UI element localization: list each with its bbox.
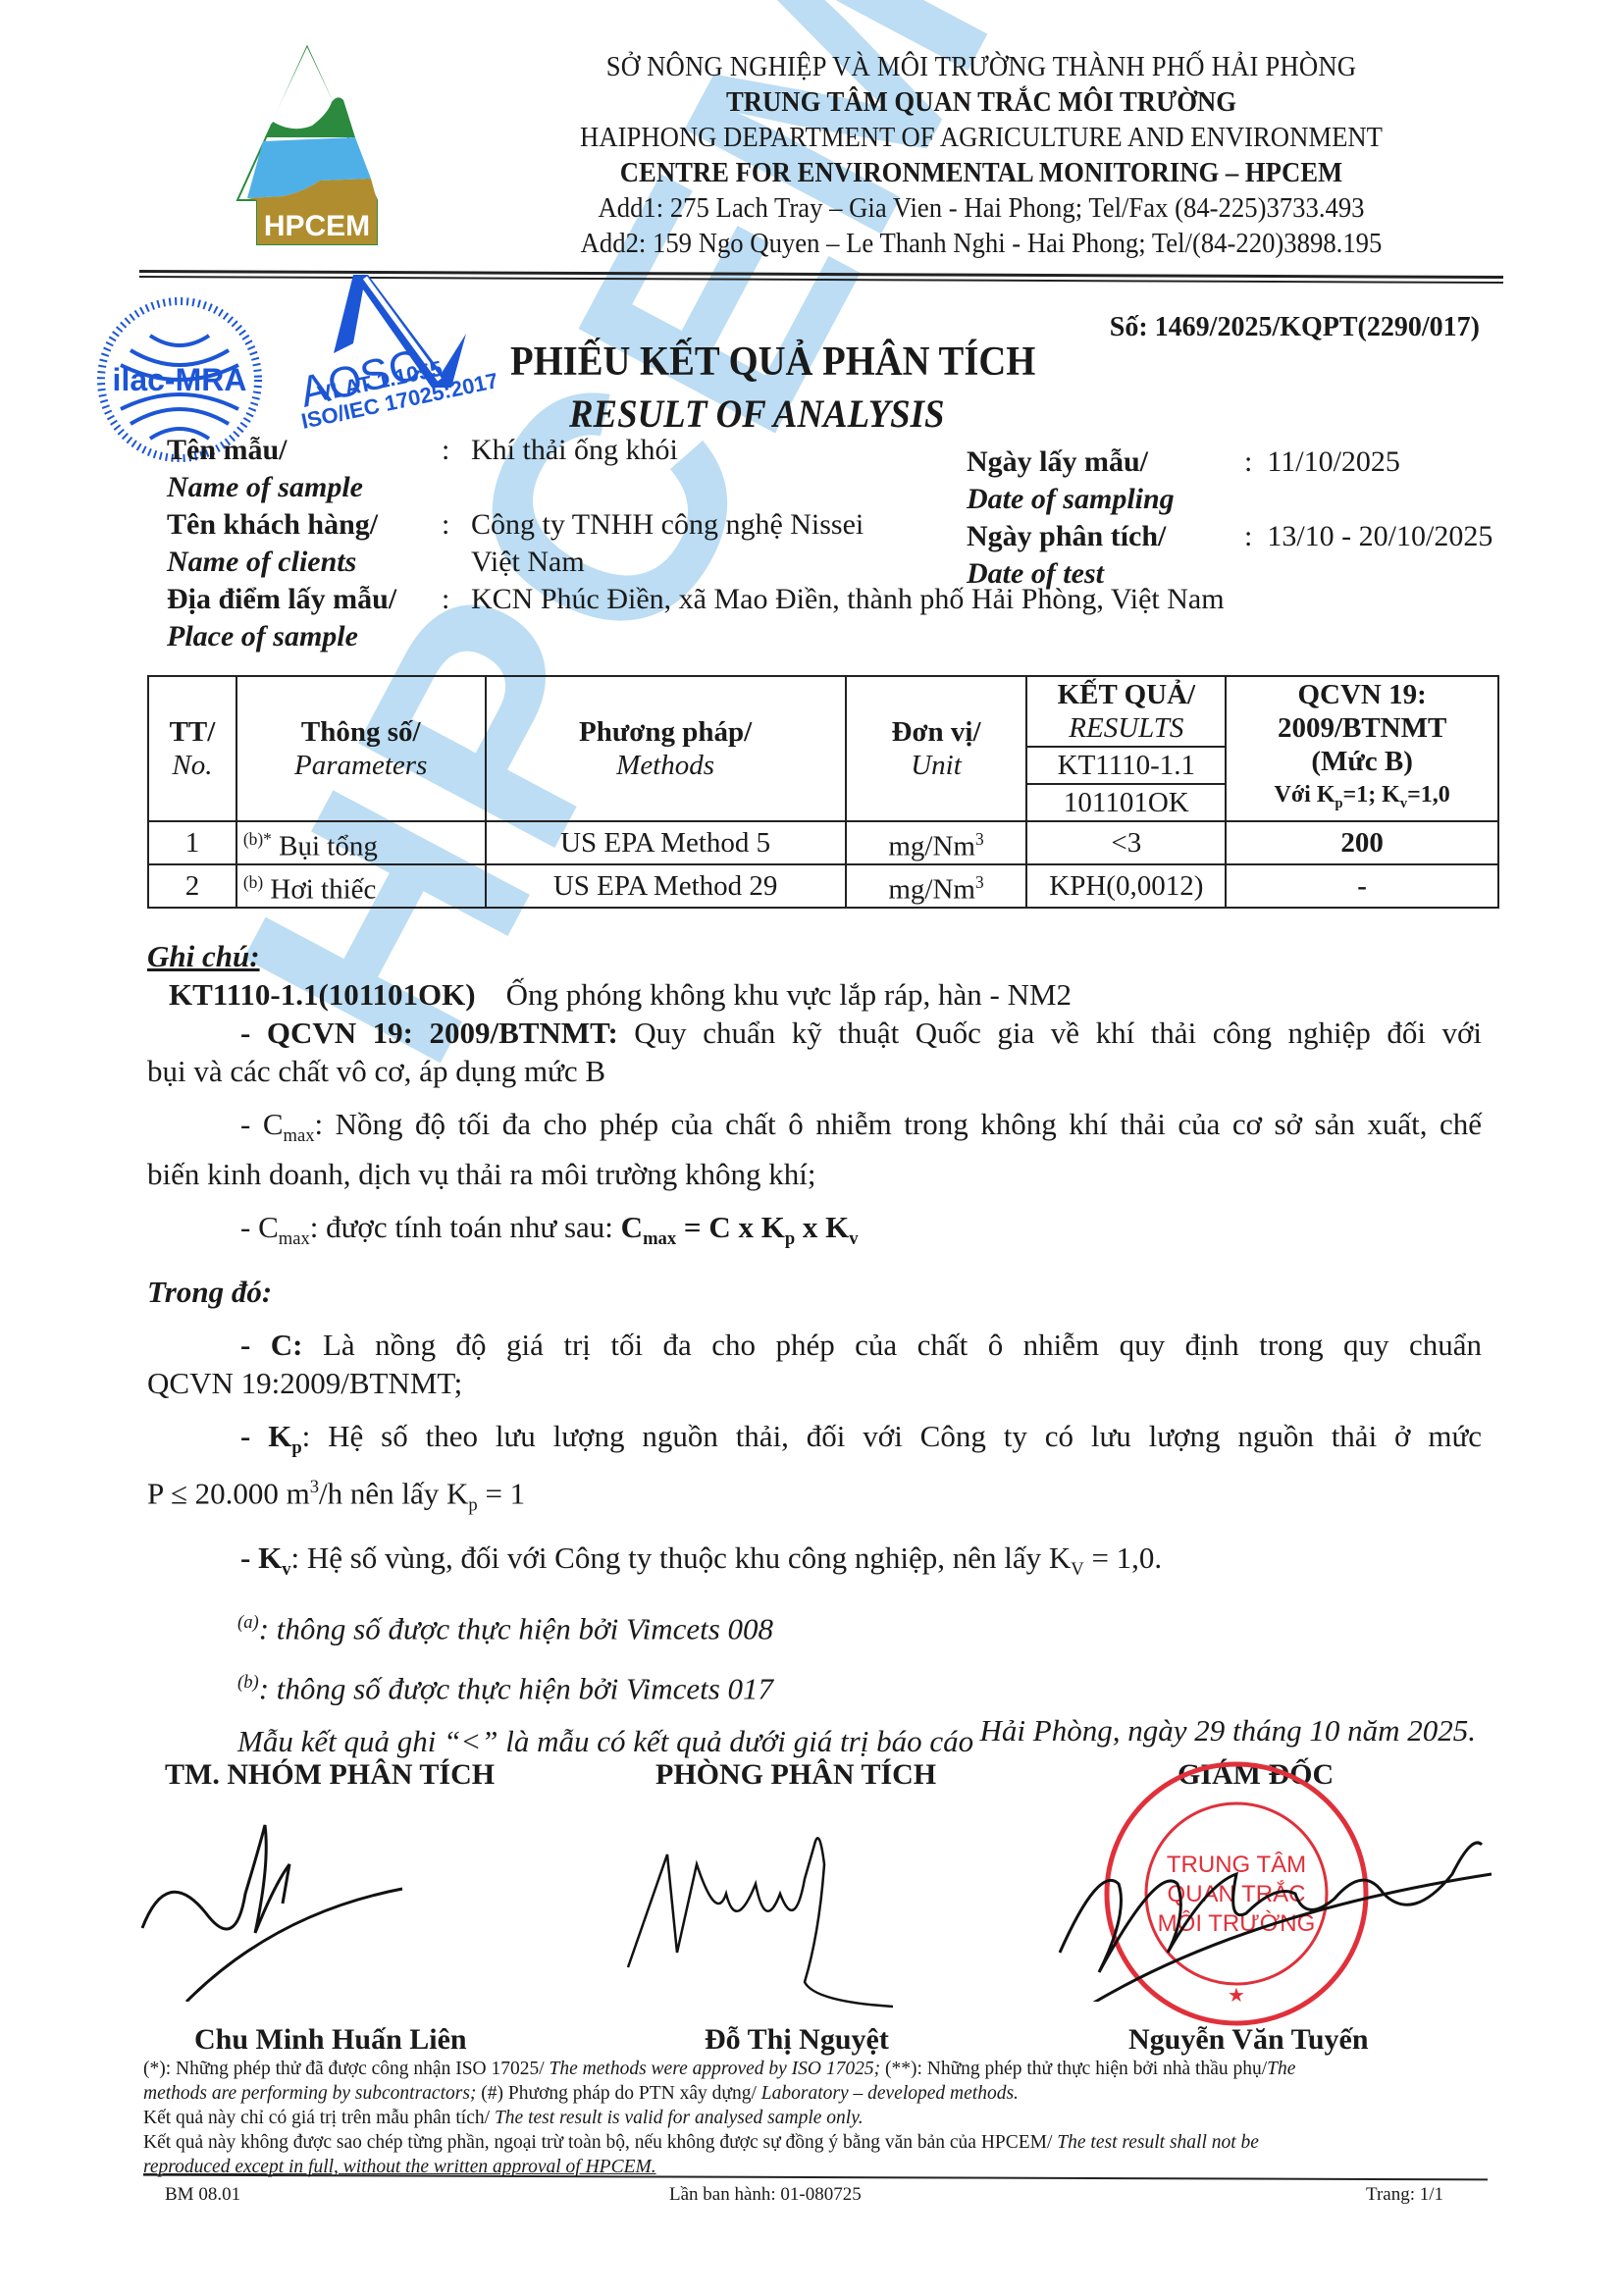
report-title-en: RESULT OF ANALYSIS bbox=[569, 391, 944, 437]
org-line-3: HAIPHONG DEPARTMENT OF AGRICULTURE AND E… bbox=[502, 120, 1459, 155]
report-title-vn: PHIẾU KẾT QUẢ PHÂN TÍCH bbox=[510, 339, 1035, 386]
form-code: BM 08.01 bbox=[165, 2184, 240, 2206]
table-row: 1 (b)* Bụi tổng US EPA Method 5 mg/Nm3 <… bbox=[148, 821, 1498, 864]
org-line-1: SỞ NÔNG NGHIỆP VÀ MÔI TRƯỜNG THÀNH PHỐ H… bbox=[502, 49, 1459, 84]
sample-code-1: KT1110-1.1 bbox=[1026, 747, 1226, 784]
sample-code-2: 101101OK bbox=[1026, 784, 1226, 821]
hpcem-logo-icon: HPCEM bbox=[234, 43, 381, 249]
sampling-date-value: 11/10/2025 bbox=[1267, 445, 1400, 478]
signer-name-1: Chu Minh Huấn Liên bbox=[194, 2023, 467, 2057]
org-line-2: TRUNG TÂM QUAN TRẮC MÔI TRƯỜNG bbox=[502, 84, 1459, 120]
col-header-parameters: Thông số/Parameters bbox=[236, 676, 486, 821]
notes-section: Ghi chú: KT1110-1.1(101101OK) Ống phóng … bbox=[147, 937, 1482, 1760]
info-colons: : : : bbox=[442, 432, 449, 618]
address-1: Add1: 275 Lach Tray – Gia Vien - Hai Pho… bbox=[502, 190, 1459, 226]
signature-3-icon bbox=[1040, 1805, 1511, 2002]
notes-heading: Ghi chú: bbox=[147, 937, 1482, 975]
col-header-results: KẾT QUẢ/RESULTS bbox=[1026, 676, 1226, 747]
col-header-unit: Đơn vị/Unit bbox=[846, 676, 1027, 821]
date-values: : 11/10/2025 : 13/10 - 20/10/2025 bbox=[1244, 444, 1492, 555]
report-number: Số: 1469/2025/KQPT(2290/017) bbox=[1110, 312, 1480, 343]
issue-number: Lần ban hành: 01-080725 bbox=[669, 2184, 862, 2206]
organization-header: SỞ NÔNG NGHIỆP VÀ MÔI TRƯỜNG THÀNH PHỐ H… bbox=[461, 49, 1501, 261]
col-header-standard: QCVN 19: 2009/BTNMT (Mức B) Với Kp=1; Kv… bbox=[1226, 676, 1498, 821]
svg-text:HPCEM: HPCEM bbox=[264, 210, 370, 242]
signer-name-3: Nguyễn Văn Tuyến bbox=[1128, 2023, 1369, 2057]
col-header-no: TT/No. bbox=[148, 676, 236, 821]
svg-text:ilac-MRA: ilac-MRA bbox=[113, 362, 247, 397]
address-2: Add2: 159 Ngo Quyen – Le Thanh Nghi - Ha… bbox=[502, 226, 1459, 261]
col-header-methods: Phương pháp/Methods bbox=[486, 676, 846, 821]
page-number: Trang: 1/1 bbox=[1366, 2184, 1443, 2206]
signer-name-2: Đỗ Thị Nguyệt bbox=[705, 2023, 889, 2057]
signature-title-group: TM. NHÓM PHÂN TÍCH bbox=[165, 1758, 495, 1792]
date-labels: Ngày lấy mẫu/ Date of sampling Ngày phân… bbox=[967, 444, 1175, 593]
table-row: 2 (b) Hơi thiếc US EPA Method 29 mg/Nm3 … bbox=[148, 864, 1498, 908]
results-table: TT/No. Thông số/Parameters Phương pháp/M… bbox=[147, 675, 1499, 909]
test-date-value: 13/10 - 20/10/2025 bbox=[1267, 520, 1492, 552]
sample-name-label: Tên mẫu/ Name of sample Tên khách hàng/ … bbox=[167, 432, 396, 655]
signature-title-department: PHÒNG PHÂN TÍCH bbox=[655, 1758, 936, 1792]
table-header-row: TT/No. Thông số/Parameters Phương pháp/M… bbox=[148, 676, 1498, 747]
issue-date: Hải Phòng, ngày 29 tháng 10 năm 2025. bbox=[980, 1713, 1476, 1748]
signature-2-icon bbox=[608, 1805, 962, 2021]
signature-1-icon bbox=[128, 1805, 422, 2002]
org-line-4: CENTRE FOR ENVIRONMENTAL MONITORING – HP… bbox=[502, 155, 1459, 190]
footnotes: (*): Những phép thử đã được công nhận IS… bbox=[143, 2057, 1488, 2179]
